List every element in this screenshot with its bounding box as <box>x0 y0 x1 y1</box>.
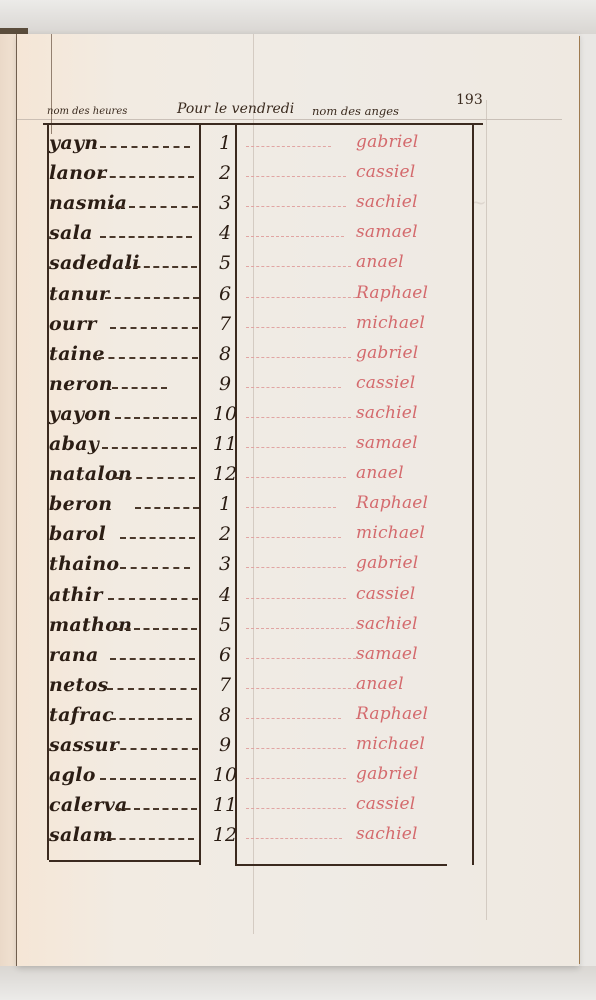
angel-name: gabriel <box>356 343 418 363</box>
red-leader-dashes <box>246 417 351 419</box>
hour-name: athir <box>49 584 103 606</box>
angel-name: cassiel <box>356 373 415 393</box>
photo-backdrop-top <box>0 0 596 34</box>
table-row: sadedali5anael <box>0 252 596 282</box>
hour-number: 12 <box>212 463 238 485</box>
header-angel-names: nom des anges <box>312 104 399 118</box>
angel-name: anael <box>356 463 404 483</box>
angel-name: michael <box>356 523 425 543</box>
leader-dashes <box>120 567 190 570</box>
table-row: salam12sachiel <box>0 824 596 854</box>
red-leader-dashes <box>246 297 356 299</box>
red-leader-dashes <box>246 357 351 359</box>
table-row: sassur9michael <box>0 734 596 764</box>
leader-dashes <box>100 146 190 149</box>
angel-name: sachiel <box>356 192 418 212</box>
hour-name: natalon <box>49 463 132 485</box>
leader-dashes <box>125 266 197 269</box>
hour-name: rana <box>49 644 99 666</box>
red-leader-dashes <box>246 718 341 720</box>
hour-number: 6 <box>212 283 238 305</box>
hour-name: tafrac <box>49 704 114 726</box>
leader-dashes <box>100 236 192 239</box>
header-day: Pour le vendredi <box>177 101 294 117</box>
table-row: netos7anael <box>0 674 596 704</box>
hour-name: lanor <box>49 162 107 184</box>
hour-number: 8 <box>212 343 238 365</box>
angel-name: sachiel <box>356 614 418 634</box>
hour-name: yayn <box>49 132 98 154</box>
hour-name: nasmia <box>49 192 127 214</box>
red-leader-dashes <box>246 146 331 148</box>
table-row: athir4cassiel <box>0 584 596 614</box>
leader-dashes <box>100 176 194 179</box>
table-row: lanor2cassiel <box>0 162 596 192</box>
angel-name: gabriel <box>356 553 418 573</box>
red-leader-dashes <box>246 266 351 268</box>
hour-number: 12 <box>212 824 238 846</box>
hour-number: 8 <box>212 704 238 726</box>
table-row: natalon12anael <box>0 463 596 493</box>
table-row: tafrac8Raphael <box>0 704 596 734</box>
angel-name: anael <box>356 252 404 272</box>
red-leader-dashes <box>246 598 346 600</box>
red-leader-dashes <box>246 507 336 509</box>
hour-number: 2 <box>212 162 238 184</box>
hour-name: sala <box>49 222 93 244</box>
red-leader-dashes <box>246 688 356 690</box>
hour-number: 4 <box>212 222 238 244</box>
hour-name: sadedali <box>49 252 140 274</box>
leader-dashes <box>108 598 198 601</box>
leader-dashes <box>108 206 198 209</box>
table-row: thaino3gabriel <box>0 553 596 583</box>
table-row: mathon5sachiel <box>0 614 596 644</box>
page-number: 193 <box>456 92 483 108</box>
hour-number: 1 <box>212 493 238 515</box>
hour-number: 6 <box>212 644 238 666</box>
angel-name: sachiel <box>356 403 418 423</box>
table-row: abay11samael <box>0 433 596 463</box>
hour-number: 11 <box>212 794 238 816</box>
red-leader-dashes <box>246 838 342 840</box>
red-leader-dashes <box>246 236 344 238</box>
angel-name: cassiel <box>356 794 415 814</box>
leader-dashes <box>102 447 197 450</box>
hour-name: yayon <box>49 403 111 425</box>
hour-name: netos <box>49 674 109 696</box>
hour-name: aglo <box>49 764 96 786</box>
table-row: yayon10sachiel <box>0 403 596 433</box>
hour-name: tanur <box>49 283 109 305</box>
hour-number: 7 <box>212 313 238 335</box>
table-row: calerva11cassiel <box>0 794 596 824</box>
red-leader-dashes <box>246 658 356 660</box>
angel-name: sachiel <box>356 824 418 844</box>
hour-name: neron <box>49 373 113 395</box>
leader-dashes <box>107 688 197 691</box>
leader-dashes <box>100 838 194 841</box>
table-row: tanur6Raphael <box>0 283 596 313</box>
table-row: rana6samael <box>0 644 596 674</box>
leader-dashes <box>110 718 192 721</box>
hour-name: abay <box>49 433 99 455</box>
hour-name: ourr <box>49 313 97 335</box>
hour-name: mathon <box>49 614 132 636</box>
leader-dashes <box>110 327 198 330</box>
angel-name: gabriel <box>356 132 418 152</box>
red-leader-dashes <box>246 387 341 389</box>
red-leader-dashes <box>246 748 346 750</box>
photo-backdrop-bottom <box>0 966 596 1000</box>
leader-dashes <box>112 387 167 390</box>
leader-dashes <box>110 748 198 751</box>
hour-number: 4 <box>212 584 238 606</box>
hour-number: 9 <box>212 373 238 395</box>
red-leader-dashes <box>246 176 346 178</box>
hour-number: 1 <box>212 132 238 154</box>
table-row: aglo10gabriel <box>0 764 596 794</box>
angel-name: Raphael <box>356 493 428 513</box>
hour-number: 5 <box>212 252 238 274</box>
leader-dashes <box>100 778 196 781</box>
leader-dashes <box>115 628 197 631</box>
red-leader-dashes <box>246 477 346 479</box>
table-row: taine8gabriel <box>0 343 596 373</box>
table-bottom-rule-left <box>49 860 201 862</box>
hour-number: 10 <box>212 403 238 425</box>
red-leader-dashes <box>246 778 346 780</box>
angel-name: Raphael <box>356 704 428 724</box>
table-bottom-rule-right <box>235 864 447 866</box>
table-row: barol2michael <box>0 523 596 553</box>
red-leader-dashes <box>246 808 346 810</box>
hour-name: taine <box>49 343 105 365</box>
red-leader-dashes <box>246 628 354 630</box>
leader-dashes <box>110 658 195 661</box>
red-leader-dashes <box>246 327 346 329</box>
hour-number: 10 <box>212 764 238 786</box>
hour-name: salam <box>49 824 113 846</box>
red-leader-dashes <box>246 567 346 569</box>
angel-name: anael <box>356 674 404 694</box>
hour-name: calerva <box>49 794 128 816</box>
hour-name: barol <box>49 523 106 545</box>
red-leader-dashes <box>246 537 341 539</box>
leader-dashes <box>115 808 197 811</box>
table-row: nasmia3sachiel <box>0 192 596 222</box>
leader-dashes <box>120 537 195 540</box>
angel-name: samael <box>356 222 418 242</box>
angel-name: cassiel <box>356 584 415 604</box>
leader-dashes <box>98 357 198 360</box>
hour-number: 2 <box>212 523 238 545</box>
table-row: neron9cassiel <box>0 373 596 403</box>
hour-name: sassur <box>49 734 119 756</box>
hour-name: thaino <box>49 553 119 575</box>
leader-dashes <box>115 477 195 480</box>
angel-name: cassiel <box>356 162 415 182</box>
hour-number: 11 <box>212 433 238 455</box>
angel-name: samael <box>356 644 418 664</box>
hour-number: 5 <box>212 614 238 636</box>
hour-number: 3 <box>212 192 238 214</box>
table-row: beron1Raphael <box>0 493 596 523</box>
table-row: yayn1gabriel <box>0 132 596 162</box>
angel-name: Raphael <box>356 283 428 303</box>
table-header: nom des heures Pour le vendredi nom des … <box>47 98 487 122</box>
red-leader-dashes <box>246 206 346 208</box>
angel-name: samael <box>356 433 418 453</box>
leader-dashes <box>115 417 197 420</box>
leader-dashes <box>105 297 199 300</box>
header-rule <box>43 123 483 125</box>
leader-dashes <box>135 507 199 510</box>
angel-name: michael <box>356 313 425 333</box>
angel-name: michael <box>356 734 425 754</box>
table-row: sala4samael <box>0 222 596 252</box>
hour-number: 7 <box>212 674 238 696</box>
angel-name: gabriel <box>356 764 418 784</box>
hour-number: 3 <box>212 553 238 575</box>
header-hour-names: nom des heures <box>47 106 127 117</box>
table-row: ourr7michael <box>0 313 596 343</box>
hour-number: 9 <box>212 734 238 756</box>
hour-name: beron <box>49 493 112 515</box>
red-leader-dashes <box>246 447 346 449</box>
